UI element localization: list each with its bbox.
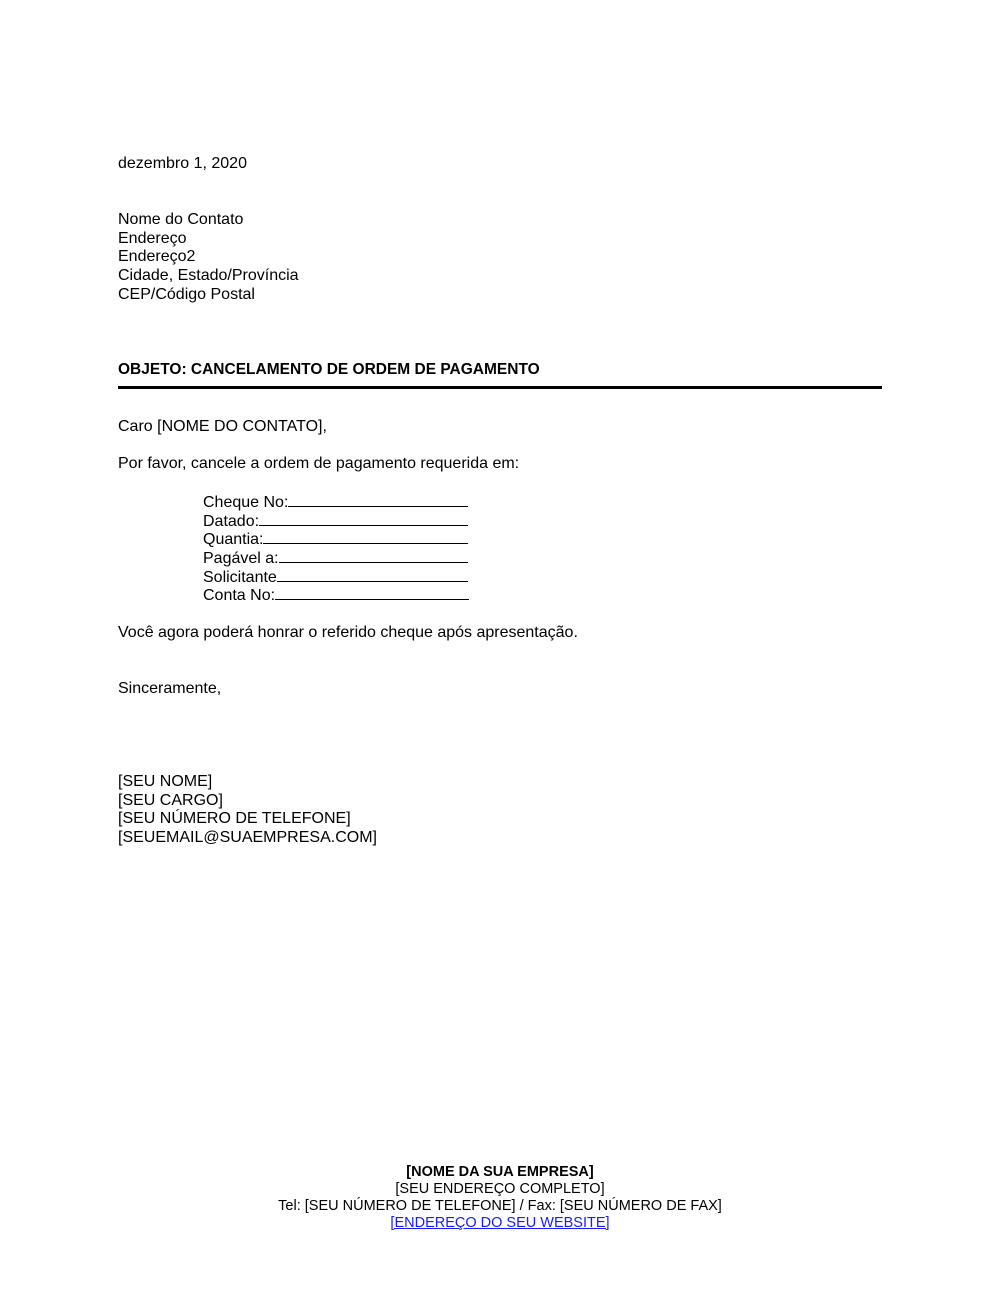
blank-line[interactable] xyxy=(288,492,468,507)
signature-phone: [SEU NÚMERO DE TELEFONE] xyxy=(118,810,377,829)
subject-line: OBJETO: CANCELAMENTO DE ORDEM DE PAGAMEN… xyxy=(118,361,540,380)
recipient-address-line-1: Endereço xyxy=(118,230,299,249)
signature-block: [SEU NOME] [SEU CARGO] [SEU NÚMERO DE TE… xyxy=(118,773,377,848)
recipient-name: Nome do Contato xyxy=(118,211,299,230)
recipient-address: Nome do Contato Endereço Endereço2 Cidad… xyxy=(118,211,299,305)
blank-line[interactable] xyxy=(263,529,468,544)
field-account-number: Conta No: xyxy=(203,585,469,604)
field-requester: Solicitante xyxy=(203,567,469,586)
field-amount: Quantia: xyxy=(203,529,469,548)
payment-details-fields: Cheque No: Datado: Quantia: Pagável a: S… xyxy=(203,492,469,604)
intro-paragraph: Por favor, cancele a ordem de pagamento … xyxy=(118,455,519,474)
recipient-postal-code: CEP/Código Postal xyxy=(118,286,299,305)
footer-contact: Tel: [SEU NÚMERO DE TELEFONE] / Fax: [SE… xyxy=(0,1198,1000,1215)
signature-email: [SEUEMAIL@SUAEMPRESA.COM] xyxy=(118,829,377,848)
field-payable-to: Pagável a: xyxy=(203,548,469,567)
salutation: Caro [NOME DO CONTATO], xyxy=(118,418,327,437)
field-cheque-number: Cheque No: xyxy=(203,492,469,511)
field-label: Conta No: xyxy=(203,587,275,606)
field-label: Solicitante xyxy=(203,569,277,588)
blank-line[interactable] xyxy=(259,511,468,526)
company-footer: [NOME DA SUA EMPRESA] [SEU ENDEREÇO COMP… xyxy=(0,1164,1000,1232)
signature-title: [SEU CARGO] xyxy=(118,792,377,811)
field-label: Datado: xyxy=(203,513,259,532)
footer-company-name: [NOME DA SUA EMPRESA] xyxy=(0,1164,1000,1181)
signoff: Sinceramente, xyxy=(118,680,221,699)
blank-line[interactable] xyxy=(279,548,468,563)
field-label: Quantia: xyxy=(203,531,263,550)
date-text: dezembro 1, 2020 xyxy=(118,155,247,174)
letter-date: dezembro 1, 2020 xyxy=(118,155,247,174)
field-label: Pagável a: xyxy=(203,550,279,569)
recipient-address-line-2: Endereço2 xyxy=(118,248,299,267)
recipient-city-state: Cidade, Estado/Província xyxy=(118,267,299,286)
blank-line[interactable] xyxy=(277,567,468,582)
blank-line[interactable] xyxy=(275,585,469,600)
footer-address: [SEU ENDEREÇO COMPLETO] xyxy=(0,1181,1000,1198)
closing-paragraph: Você agora poderá honrar o referido cheq… xyxy=(118,624,578,643)
field-dated: Datado: xyxy=(203,511,469,530)
subject-divider xyxy=(118,386,882,389)
signature-name: [SEU NOME] xyxy=(118,773,377,792)
footer-website-link[interactable]: [ENDEREÇO DO SEU WEBSITE] xyxy=(390,1215,609,1231)
